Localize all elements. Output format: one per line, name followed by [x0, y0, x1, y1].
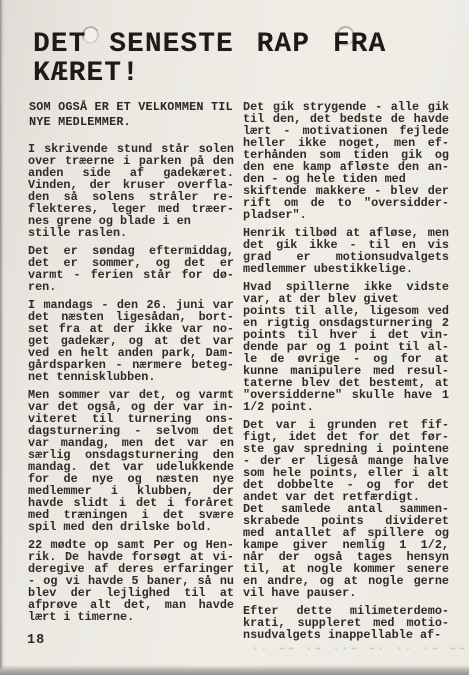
subtitle-line-1: SOM OGSÅ ER ET VELKOMMEN TIL — [29, 100, 233, 115]
text-line: vil have pauser. — [243, 587, 449, 599]
scanned-page: DET SENESTE RAP FRA KÆRET! SOM OGSÅ ER E… — [0, 0, 469, 675]
paragraph: Det samlede antal sammen-skrabede points… — [243, 503, 449, 599]
subtitle-line-2: NYE MEDLEMMER. — [29, 115, 233, 130]
text-line: ren. — [28, 281, 234, 293]
paragraph: Hvad spillerne ikke vidstevar, at der bl… — [243, 281, 449, 413]
scan-edge-left — [0, 0, 4, 675]
paragraph: Det var i grunden ret fif-figt, idet det… — [243, 419, 449, 503]
title-line-2: KÆRET! — [33, 59, 386, 88]
text-line: varmt - ferien står for dø- — [28, 269, 234, 281]
right-text-column: Det gik strygende - alle giktil den, det… — [243, 101, 449, 641]
page-subtitle: SOM OGSÅ ER ET VELKOMMEN TIL NYE MEDLEMM… — [29, 100, 233, 130]
page-title: DET SENESTE RAP FRA KÆRET! — [33, 30, 386, 88]
paragraph: I skrivende stund står solenover træerne… — [28, 143, 234, 239]
paragraph: Men sommer var det, og varmtvar det også… — [28, 389, 234, 533]
title-line-1: DET SENESTE RAP FRA — [33, 30, 386, 59]
paragraph: Henrik tilbød at afløse, mendet gik ikke… — [243, 227, 449, 275]
paragraph: Det gik strygende - alle giktil den, det… — [243, 101, 449, 221]
page-number: 18 — [27, 633, 45, 648]
paragraph: Det er søndag eftermiddag,det er sommer,… — [28, 245, 234, 293]
text-line: 1/2 point. — [243, 401, 449, 413]
paragraph: 22 mødte op samt Per og Hen-rik. De havd… — [28, 539, 234, 623]
text-line: lært i timerne. — [28, 611, 234, 623]
text-line: stille raslen. — [28, 227, 234, 239]
paragraph: Efter dette milimeterdemo-krati, suppler… — [243, 605, 449, 641]
text-line: pladser". — [243, 209, 449, 221]
text-line: net tennisklubben. — [28, 371, 234, 383]
text-line: medlemmer ubestikkelige. — [243, 263, 449, 275]
left-text-column: I skrivende stund står solenover træerne… — [28, 143, 234, 623]
text-line: spil med den drilske bold. — [28, 521, 234, 533]
paragraph: I mandags - den 26. juni vardet næsten l… — [28, 299, 234, 383]
text-line: nsudvalgets inappellable af- — [243, 629, 449, 641]
illegible-faded-text: ·· –– ·– ··– –· ·· ·– –– — [252, 644, 442, 655]
scan-edge-bottom — [0, 665, 469, 675]
